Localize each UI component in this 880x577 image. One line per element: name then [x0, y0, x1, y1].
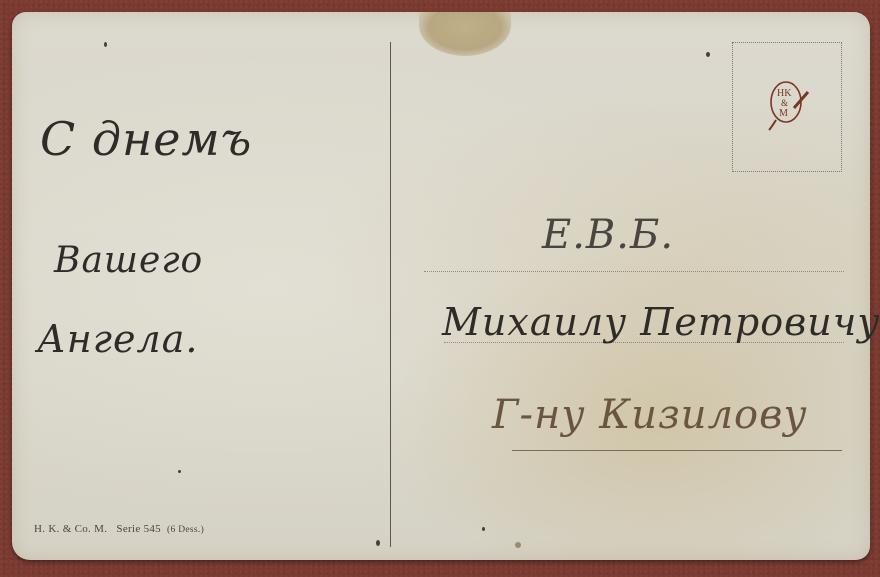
addressee-surname: Г-ну Кизилову — [492, 392, 808, 438]
address-line-1 — [424, 271, 844, 272]
paper-stain — [419, 12, 511, 56]
postcard-back: С днемъ Вашего Ангела. HK & M Е.В.Б. Мих… — [12, 12, 870, 560]
center-divider-line — [390, 42, 391, 547]
speck — [706, 52, 710, 57]
svg-text:&: & — [781, 98, 788, 108]
speck — [482, 527, 485, 531]
greeting-line-3: Ангела. — [37, 317, 198, 361]
address-underline — [512, 450, 842, 451]
speck — [515, 542, 521, 548]
addressee-initials: Е.В.Б. — [542, 212, 674, 258]
publisher-name: H. K. & Co. M. — [34, 523, 107, 535]
svg-text:M: M — [779, 108, 788, 119]
stamp-box: HK & M — [732, 42, 842, 172]
addressee-name: Михаилу Петровичу — [442, 300, 880, 344]
speck — [178, 470, 181, 473]
series-number: Serie 545 — [116, 523, 161, 535]
publisher-logo-icon: HK & M — [766, 78, 810, 134]
designs-count: (6 Dess.) — [167, 525, 204, 535]
printer-mark: H. K. & Co. M. Serie 545 (6 Dess.) — [34, 523, 204, 535]
greeting-line-1: С днемъ — [40, 112, 252, 166]
speck — [104, 42, 107, 47]
greeting-line-2: Вашего — [54, 240, 203, 281]
speck — [376, 540, 380, 546]
